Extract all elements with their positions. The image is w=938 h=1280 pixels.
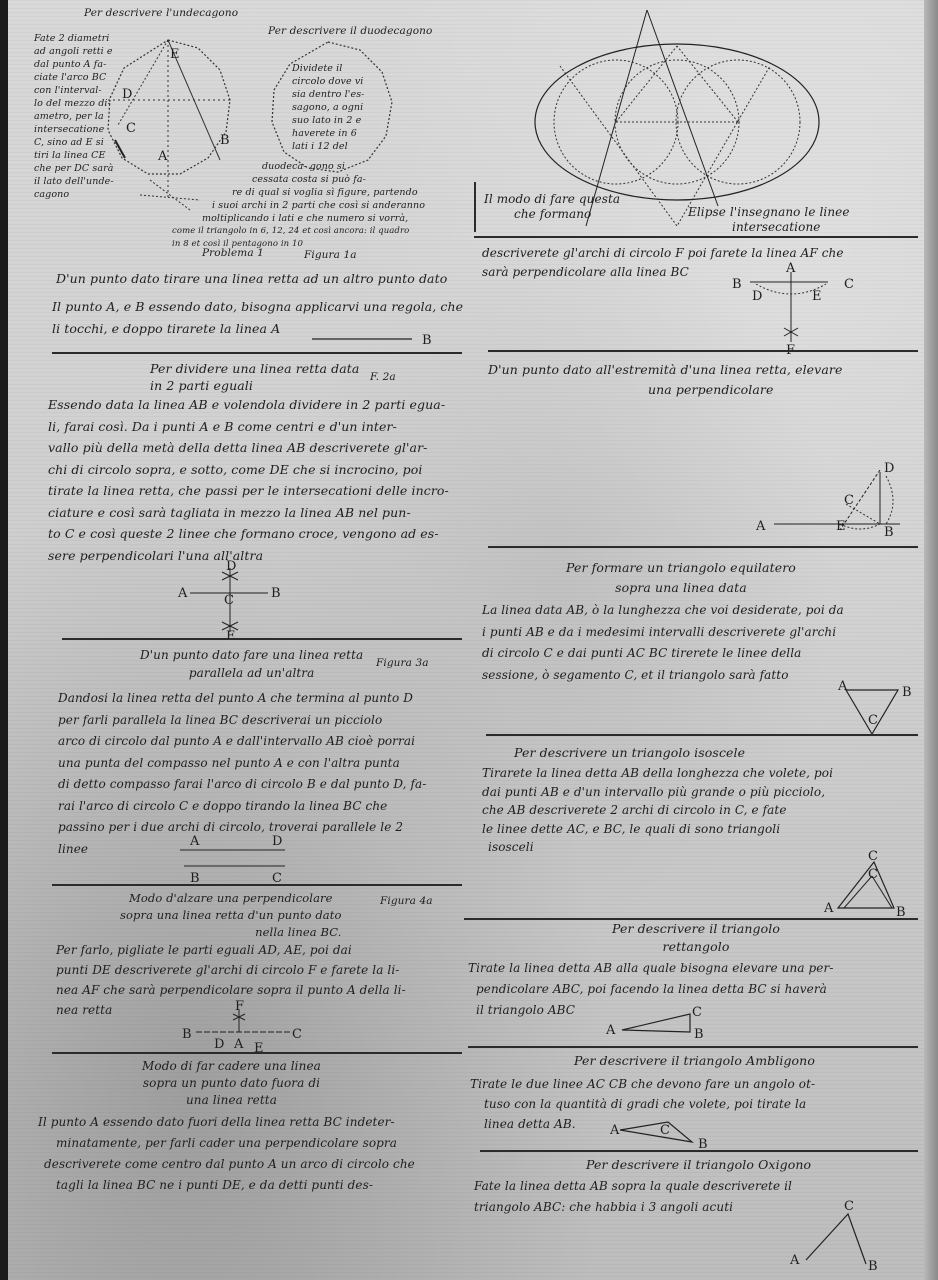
undecagon-label-d: D	[122, 87, 132, 102]
ellipse-caption-left: Il modo di fare questa che formano	[484, 192, 620, 222]
section2-label-e: E	[226, 629, 236, 644]
section8-title: Per descrivere un triangolo isoscele	[514, 742, 745, 764]
undecagon-title: Per descrivere l'undecagono	[84, 6, 238, 20]
section7-label-a: A	[837, 679, 848, 694]
section9-label-c: C	[692, 1005, 702, 1020]
section11-acute-triangle: C A B	[786, 1198, 886, 1270]
figure-3-label: Figura 3a	[376, 656, 429, 670]
dodecagon-continuation: duodeca- gono si cessata costa si può fa…	[172, 160, 425, 251]
section3-parallel-diagram: A D B C	[180, 834, 300, 884]
section8-isosceles-triangle: C C A B	[822, 852, 912, 916]
section1-line-diagram: B	[312, 330, 442, 350]
perp-continuation-diagram: A B D E C F	[726, 262, 866, 354]
section1-label-b: B	[422, 333, 432, 348]
section2-title: Per dividere una linea retta data in 2 p…	[150, 360, 359, 394]
section11-text: Fate la linea detta AB sopra la quale de…	[474, 1176, 792, 1218]
section6-label-d: D	[884, 461, 894, 476]
section6-title: D'un punto dato all'estremità d'una line…	[488, 360, 842, 400]
section7-text: La linea data AB, ò la lunghezza che voi…	[482, 600, 844, 686]
section7-label-b: B	[902, 685, 912, 700]
section10-label-a: A	[609, 1123, 620, 1138]
perp-label-c: C	[844, 277, 854, 292]
section11-title: Per descrivere il triangolo Oxigono	[586, 1154, 811, 1176]
section2-bisect-diagram: D A C B E	[176, 560, 286, 640]
section6-diagram: D C A E B	[750, 462, 910, 542]
problem-label: Problema 1	[202, 246, 264, 260]
section10-obtuse-triangle: A C B	[608, 1118, 718, 1152]
section4-label-a: A	[233, 1037, 244, 1052]
undecagon-label-c: C	[126, 121, 136, 136]
section8-label-c-outer: C	[868, 849, 878, 864]
section7-label-c: C	[868, 713, 878, 728]
section3-label-d: D	[272, 834, 282, 849]
page-right-edge	[924, 0, 938, 1280]
divider	[52, 1052, 462, 1054]
section4-label-e: E	[254, 1041, 264, 1056]
section10-label-c: C	[660, 1123, 670, 1138]
divider	[486, 734, 918, 736]
section5-text: Il punto A essendo dato fuori della line…	[38, 1112, 415, 1196]
manuscript-page: Per descrivere l'undecagono Fate 2 diame…	[0, 0, 938, 1280]
section9-label-b: B	[694, 1027, 704, 1042]
section6-label-a: A	[755, 519, 766, 534]
divider	[52, 352, 462, 354]
perp-label-e: E	[812, 289, 822, 304]
divider	[474, 236, 918, 238]
section2-label-a: A	[177, 586, 188, 601]
section11-label-c: C	[844, 1199, 854, 1214]
section8-label-a: A	[823, 901, 834, 916]
section9-label-a: A	[605, 1023, 616, 1038]
section2-label-c: C	[224, 593, 234, 608]
section4-label-b: B	[182, 1027, 192, 1042]
section3-title: D'un punto dato fare una linea retta par…	[140, 646, 363, 682]
dodecagon-text: Dividete il circolo dove vi sia dentro l…	[292, 62, 364, 153]
section8-text: Tirarete la linea detta AB della longhez…	[482, 764, 833, 857]
divider	[488, 350, 918, 352]
section6-label-c: C	[844, 493, 854, 508]
section4-label-c: C	[292, 1027, 302, 1042]
divider-vertical	[474, 182, 476, 232]
section8-label-c-inner: C	[868, 867, 878, 882]
section4-perpendicular-diagram: F B D A E C	[180, 1002, 310, 1054]
perp-label-a: A	[785, 261, 796, 276]
undecagon-label-a: A	[157, 149, 168, 164]
section6-label-e: E	[836, 519, 846, 534]
section11-label-b: B	[868, 1259, 878, 1274]
section3-label-a: A	[189, 834, 200, 849]
section1-title: D'un punto dato tirare una linea retta a…	[56, 268, 447, 290]
section4-label-f: F	[235, 999, 244, 1014]
section5-title: Modo di far cadere una linea sopra un pu…	[142, 1058, 321, 1109]
dodecagon-title: Per descrivere il duodecagono	[268, 24, 432, 38]
divider	[480, 1150, 918, 1152]
divider	[488, 546, 918, 548]
figure-4-label: Figura 4a	[380, 894, 433, 908]
figure-1-label: Figura 1a	[304, 248, 357, 262]
section4-label-d: D	[214, 1037, 224, 1052]
divider	[62, 638, 462, 640]
section7-equilateral-triangle: A B C	[836, 678, 916, 738]
section4-title: Modo d'alzare una perpendicolare sopra u…	[120, 890, 342, 941]
divider	[468, 1046, 918, 1048]
section6-label-b: B	[884, 525, 894, 540]
figure-2-label: F. 2a	[370, 370, 396, 384]
section11-label-a: A	[789, 1253, 800, 1268]
section9-title: Per descrivere il triangolo rettangolo	[612, 920, 780, 956]
section9-right-triangle: C A B	[604, 1004, 724, 1044]
divider	[52, 884, 462, 886]
section7-title: Per formare un triangolo equilatero sopr…	[566, 558, 796, 598]
section2-label-d: D	[226, 559, 236, 574]
undecagon-label-e: E	[170, 47, 180, 62]
ellipse-caption-right: Elipse l'insegnano le linee intersecatio…	[688, 205, 850, 235]
perp-label-b: B	[732, 277, 742, 292]
section2-text: Essendo data la linea AB e volendola div…	[48, 394, 449, 566]
perp-label-d: D	[752, 289, 762, 304]
page-left-shadow	[0, 0, 8, 1280]
section2-label-b: B	[271, 586, 281, 601]
undecagon-label-b: B	[220, 133, 230, 148]
section10-title: Per descrivere il triangolo Ambligono	[574, 1050, 815, 1072]
